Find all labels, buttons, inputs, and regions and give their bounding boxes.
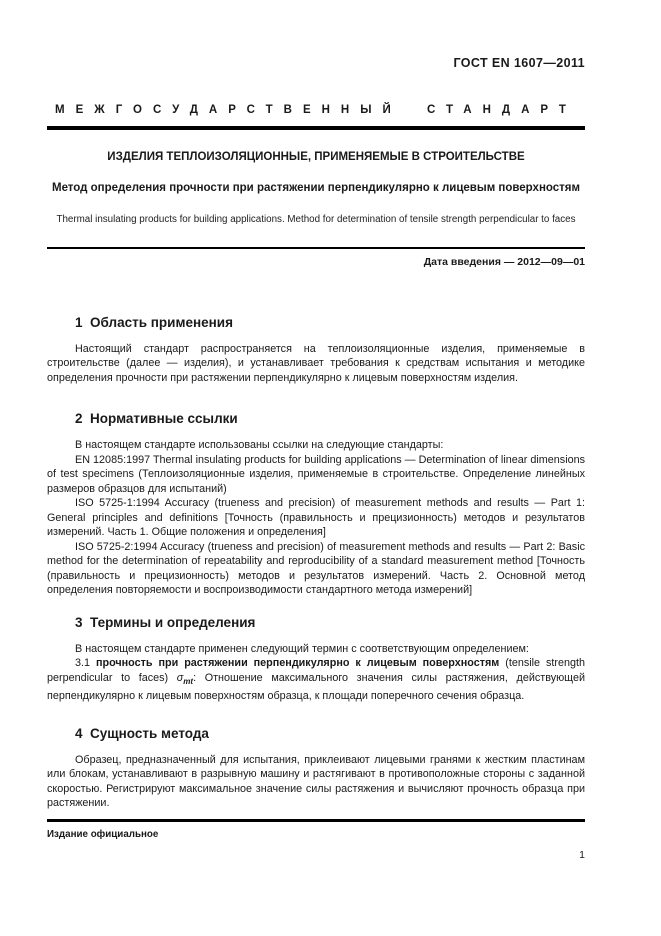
section-3-heading: 3 Термины и определения [47, 615, 585, 630]
section-3-term: 3.1 прочность при растяжении перпендикул… [47, 656, 585, 704]
edition-note: Издание официальное [47, 829, 585, 841]
term-name-ru: прочность при растяжении перпендикулярно… [96, 657, 499, 669]
section-1-paragraph: Настоящий стандарт распространяется на т… [47, 342, 585, 386]
doc-code: ГОСТ EN 1607—2011 [47, 0, 585, 70]
section-2-paragraph: EN 12085:1997 Thermal insulating product… [47, 453, 585, 497]
page-footer: Издание официальное 1 [47, 819, 585, 861]
document-page: ГОСТ EN 1607—2011 МЕЖГОСУДАРСТВЕННЫЙ СТА… [0, 0, 661, 936]
content-area: ГОСТ EN 1607—2011 МЕЖГОСУДАРСТВЕННЫЙ СТА… [47, 0, 585, 811]
standard-type-label: МЕЖГОСУДАРСТВЕННЫЙ СТАНДАРТ [47, 103, 585, 117]
section-2-paragraph: ISO 5725-2:1994 Accuracy (trueness and p… [47, 540, 585, 598]
section-4-paragraph: Образец, предназначенный для испытания, … [47, 753, 585, 811]
section-3-intro: В настоящем стандарте применен следующий… [47, 642, 585, 657]
page-number: 1 [47, 849, 585, 861]
effective-date: Дата введения — 2012—09—01 [47, 256, 585, 269]
title-ru-sub: Метод определения прочности при растяжен… [47, 181, 585, 195]
term-symbol-subscript: mt [183, 677, 193, 686]
section-2-heading: 2 Нормативные ссылки [47, 411, 585, 426]
title-ru-main: ИЗДЕЛИЯ ТЕПЛОИЗОЛЯЦИОННЫЕ, ПРИМЕНЯЕМЫЕ В… [47, 150, 585, 164]
section-1-heading: 1 Область применения [47, 315, 585, 330]
section-2-paragraph: ISO 5725-1:1994 Accuracy (trueness and p… [47, 496, 585, 540]
date-rule [47, 247, 585, 249]
title-en: Thermal insulating products for building… [47, 214, 585, 227]
section-2-paragraph: В настоящем стандарте использованы ссылк… [47, 438, 585, 453]
term-number: 3.1 [75, 657, 96, 669]
section-4-heading: 4 Сущность метода [47, 726, 585, 741]
footer-rule [47, 819, 585, 822]
header-rule [47, 126, 585, 130]
